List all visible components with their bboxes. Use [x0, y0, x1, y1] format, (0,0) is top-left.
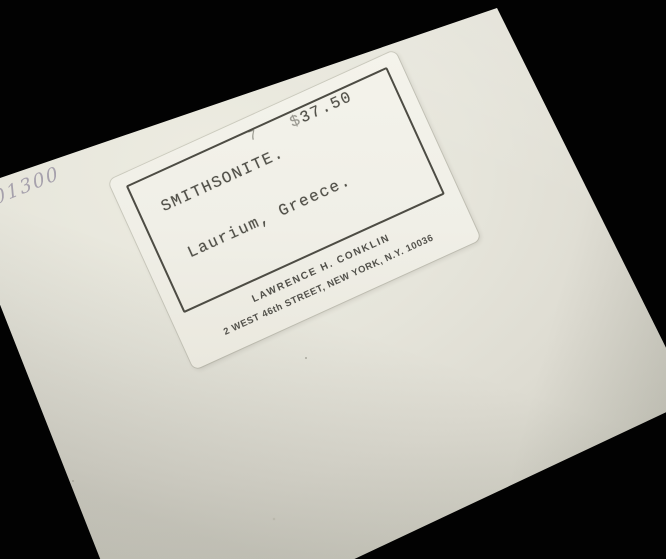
specimen-card: 01300 7 $37.50 SMITHSONITE. Laurium, Gre…: [0, 0, 666, 559]
card-surface-specks: [0, 0, 2, 2]
label-border-box: [126, 67, 445, 313]
photo-scene: 01300 7 $37.50 SMITHSONITE. Laurium, Gre…: [0, 0, 666, 559]
